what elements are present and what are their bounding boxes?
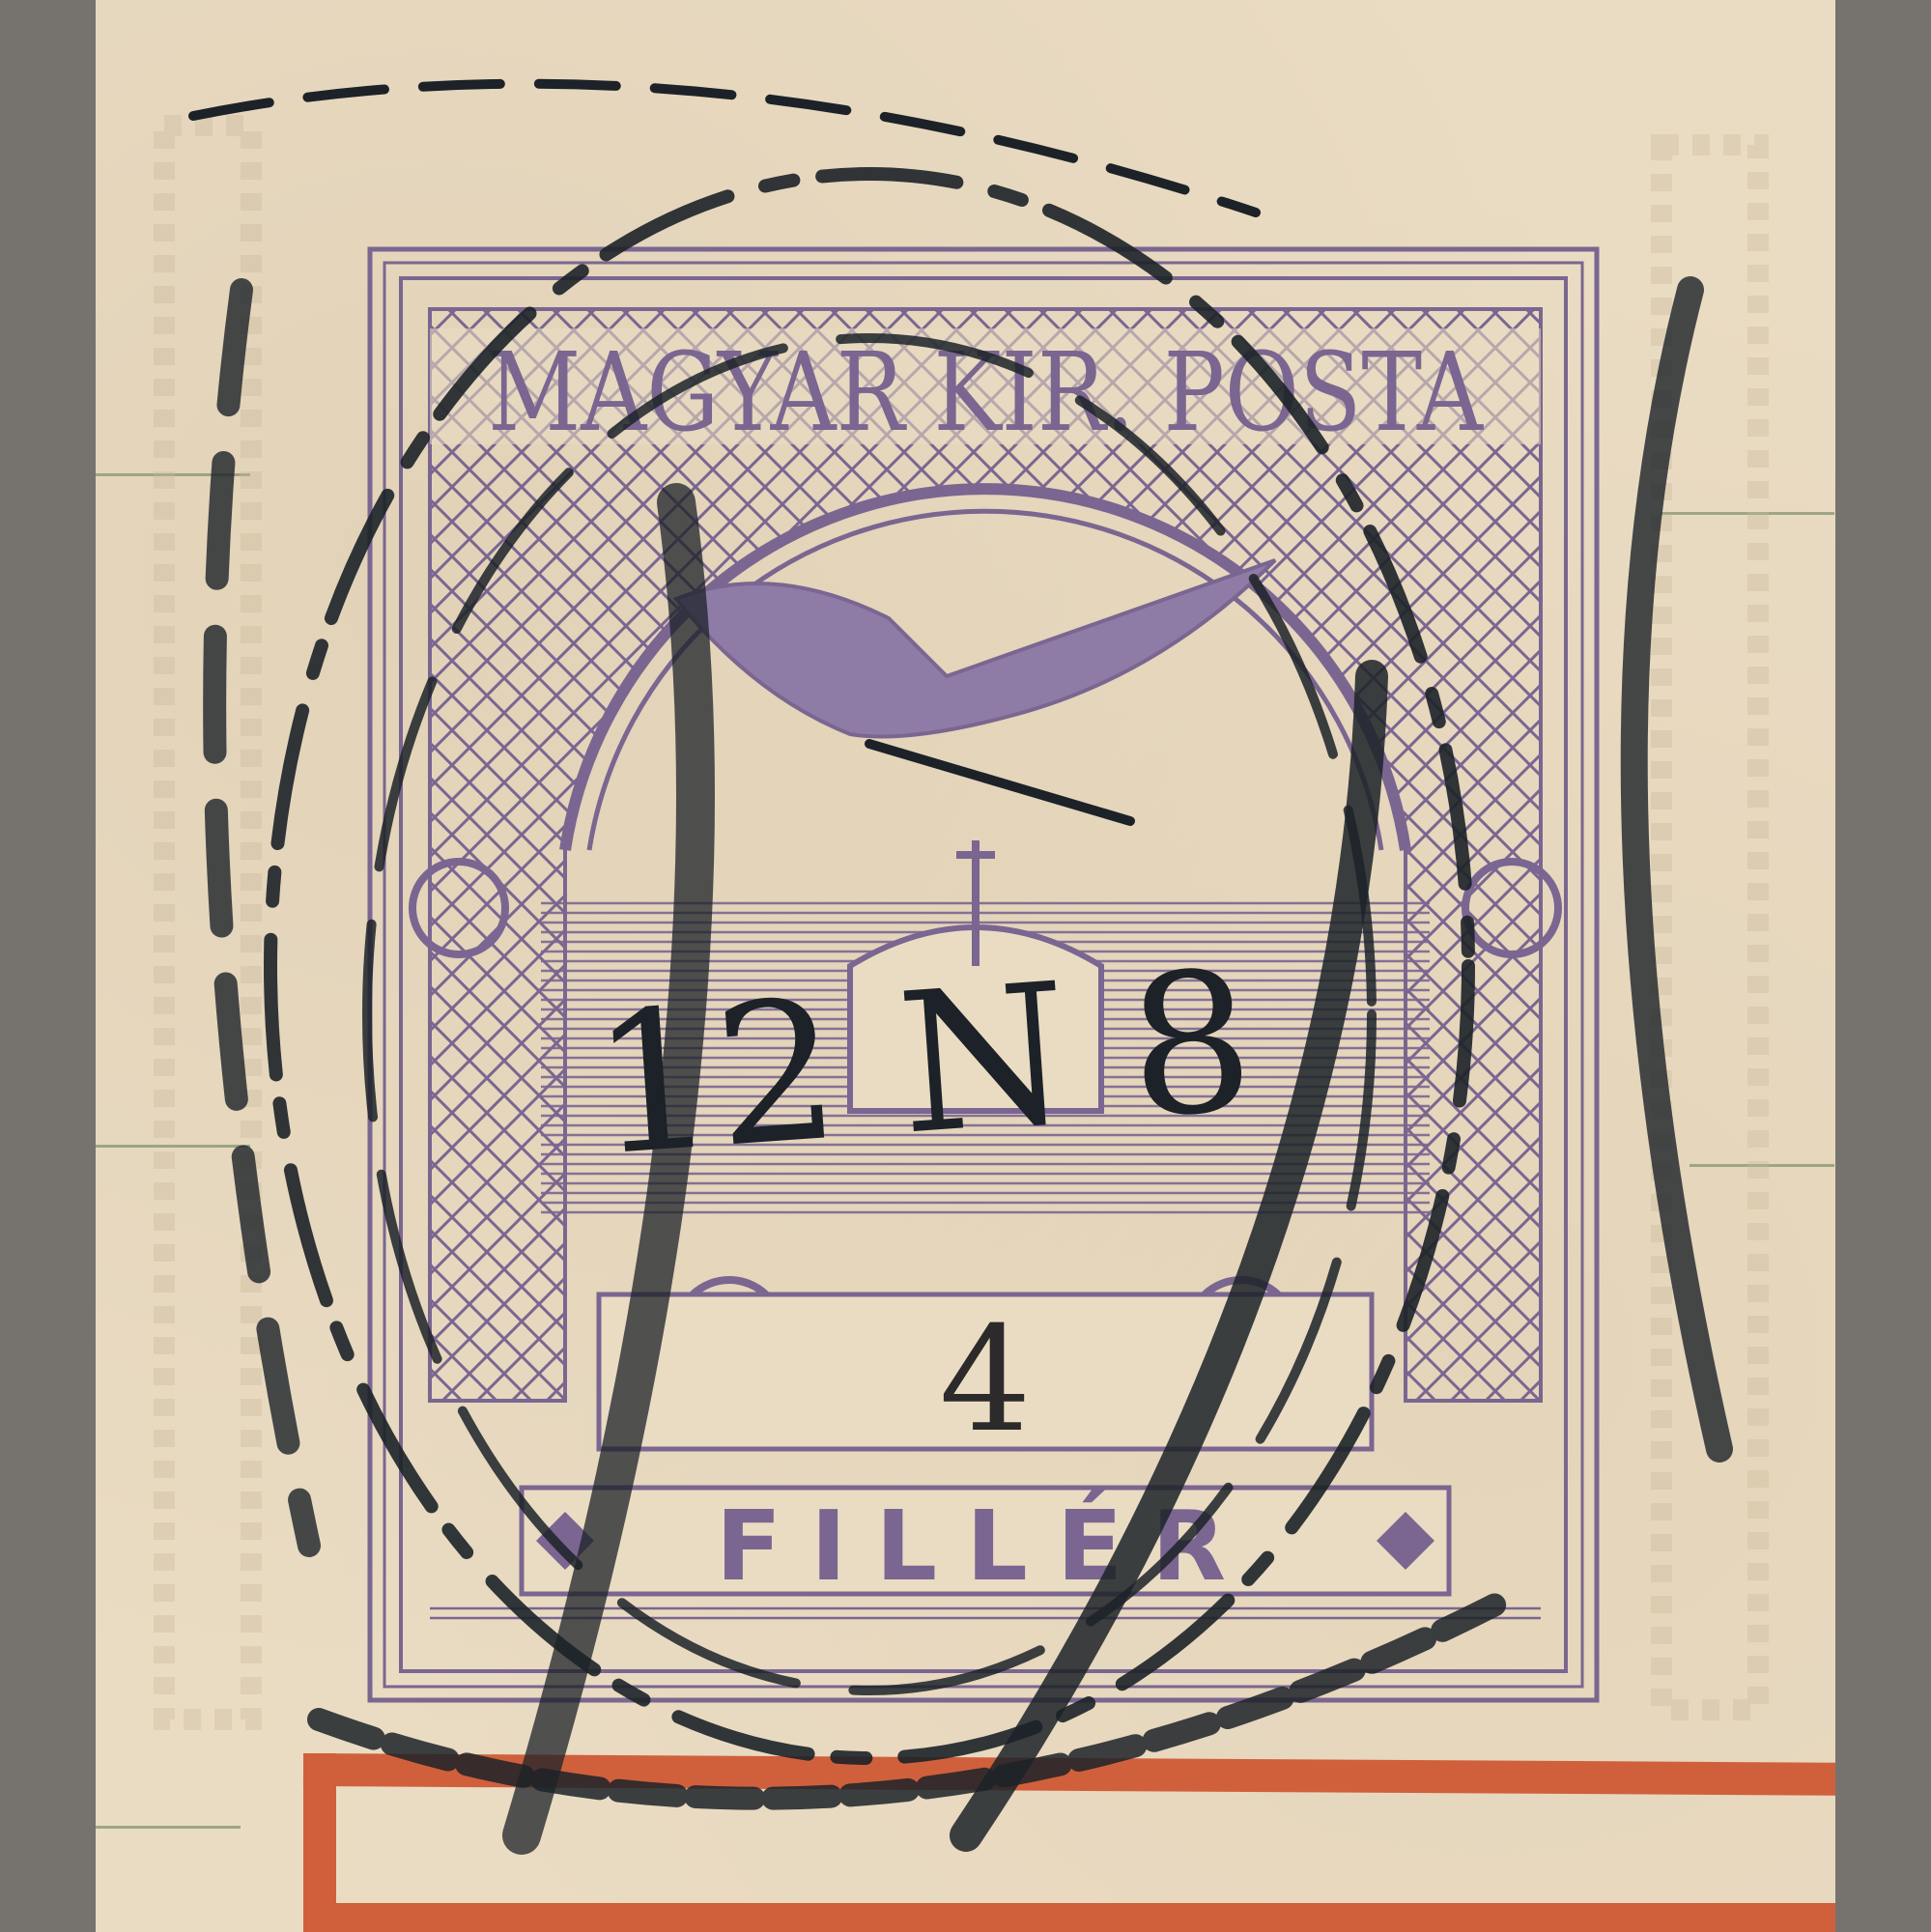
postmark-date: 12 N 8 xyxy=(585,929,1260,1200)
stamp-artwork: MAGYAR KIR. POSTA 4 FILLÉR 12 N 8 xyxy=(0,0,1931,1932)
stamp-top-inscription: MAGYAR KIR. POSTA xyxy=(488,330,1484,456)
stamp-value: 4 xyxy=(939,1296,1031,1464)
